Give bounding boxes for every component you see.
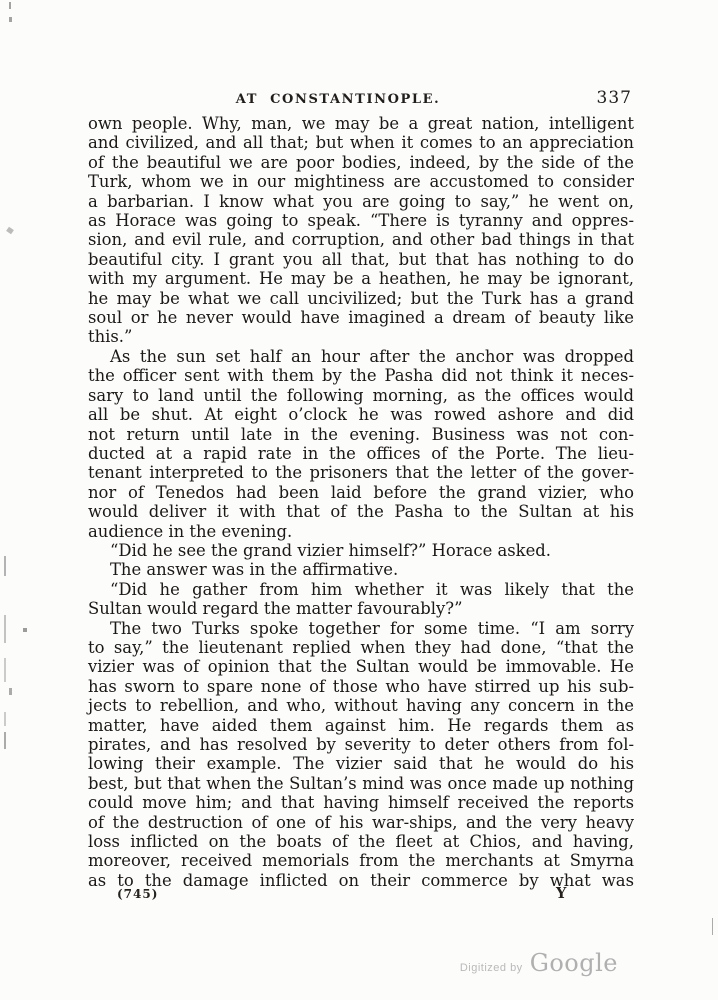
text-line: tenant interpreted to the prisoners that…	[88, 463, 634, 482]
google-logo: Google	[530, 949, 618, 977]
text-line: beautiful city. I grant you all that, bu…	[88, 250, 634, 269]
text-line: with my argument. He may be a heathen, h…	[88, 269, 634, 288]
text-line: matter, have aided them against him. He …	[88, 716, 634, 735]
scan-artifact	[9, 2, 11, 9]
text-line: of the beautiful we are poor bodies, ind…	[88, 153, 634, 172]
scan-artifact	[4, 732, 6, 749]
text-line: As the sun set half an hour after the an…	[88, 347, 634, 366]
page-number: 337	[597, 88, 632, 108]
scan-artifact	[6, 227, 14, 235]
printers-mark: (745)	[117, 887, 158, 901]
text-line: “Did he gather from him whether it was l…	[88, 580, 634, 599]
text-line: vizier was of opinion that the Sultan wo…	[88, 657, 634, 676]
digitized-by-label: Digitized by	[460, 962, 523, 974]
text-line: loss inflicted on the boats of the fleet…	[88, 832, 634, 851]
text-line: ducted at a rapid rate in the offices of…	[88, 444, 634, 463]
text-line: nor of Tenedos had been laid before the …	[88, 483, 634, 502]
text-line: the officer sent with them by the Pasha …	[88, 366, 634, 385]
text-line: The answer was in the affirmative.	[88, 560, 634, 579]
text-line: soul or he never would have imagined a d…	[88, 308, 634, 327]
scan-artifact	[4, 712, 6, 726]
text-line: all be shut. At eight o’clock he was row…	[88, 405, 634, 424]
book-page: AT CONSTANTINOPLE. 337 own people. Why, …	[0, 0, 718, 1000]
text-line: lowing their example. The vizier said th…	[88, 754, 634, 773]
text-line: of the destruction of one of his war-shi…	[88, 813, 634, 832]
text-line: own people. Why, man, we may be a great …	[88, 114, 634, 133]
text-line: this.”	[88, 327, 634, 346]
text-line: The two Turks spoke together for some ti…	[88, 619, 634, 638]
text-line: could move him; and that having himself …	[88, 793, 634, 812]
text-line: as to the damage inflicted on their comm…	[88, 871, 634, 890]
scan-artifact	[9, 688, 12, 695]
scan-artifact	[23, 628, 27, 632]
text-line: jects to rebellion, and who, without hav…	[88, 696, 634, 715]
digitization-watermark: Digitized by Google	[460, 949, 618, 977]
text-line: “Did he see the grand vizier himself?” H…	[88, 541, 634, 560]
text-line: pirates, and has resolved by severity to…	[88, 735, 634, 754]
text-line: audience in the evening.	[88, 522, 634, 541]
scan-artifact	[712, 918, 713, 935]
text-line: a barbarian. I know what you are going t…	[88, 192, 634, 211]
text-line: best, but that when the Sultan’s mind wa…	[88, 774, 634, 793]
text-line: and civilized, and all that; but when it…	[88, 133, 634, 152]
running-title: AT CONSTANTINOPLE.	[88, 92, 588, 107]
signature-mark: Y	[556, 885, 566, 902]
text-line: moreover, received memorials from the me…	[88, 851, 634, 870]
scan-artifact	[4, 615, 6, 643]
text-line: sary to land until the following morning…	[88, 386, 634, 405]
scan-artifact	[4, 658, 6, 682]
text-line: to say,” the lieutenant replied when the…	[88, 638, 634, 657]
text-line: has sworn to spare none of those who hav…	[88, 677, 634, 696]
text-line: would deliver it with that of the Pasha …	[88, 502, 634, 521]
text-line: as Horace was going to speak. “There is …	[88, 211, 634, 230]
text-line: he may be what we call uncivilized; but …	[88, 289, 634, 308]
text-line: sion, and evil rule, and corruption, and…	[88, 230, 634, 249]
scan-artifact	[9, 17, 12, 22]
text-line: not return until late in the evening. Bu…	[88, 425, 634, 444]
text-block: own people. Why, man, we may be a great …	[88, 114, 634, 890]
text-line: Turk, whom we in our mightiness are accu…	[88, 172, 634, 191]
scan-artifact	[4, 556, 6, 576]
text-line: Sultan would regard the matter favourabl…	[88, 599, 634, 618]
